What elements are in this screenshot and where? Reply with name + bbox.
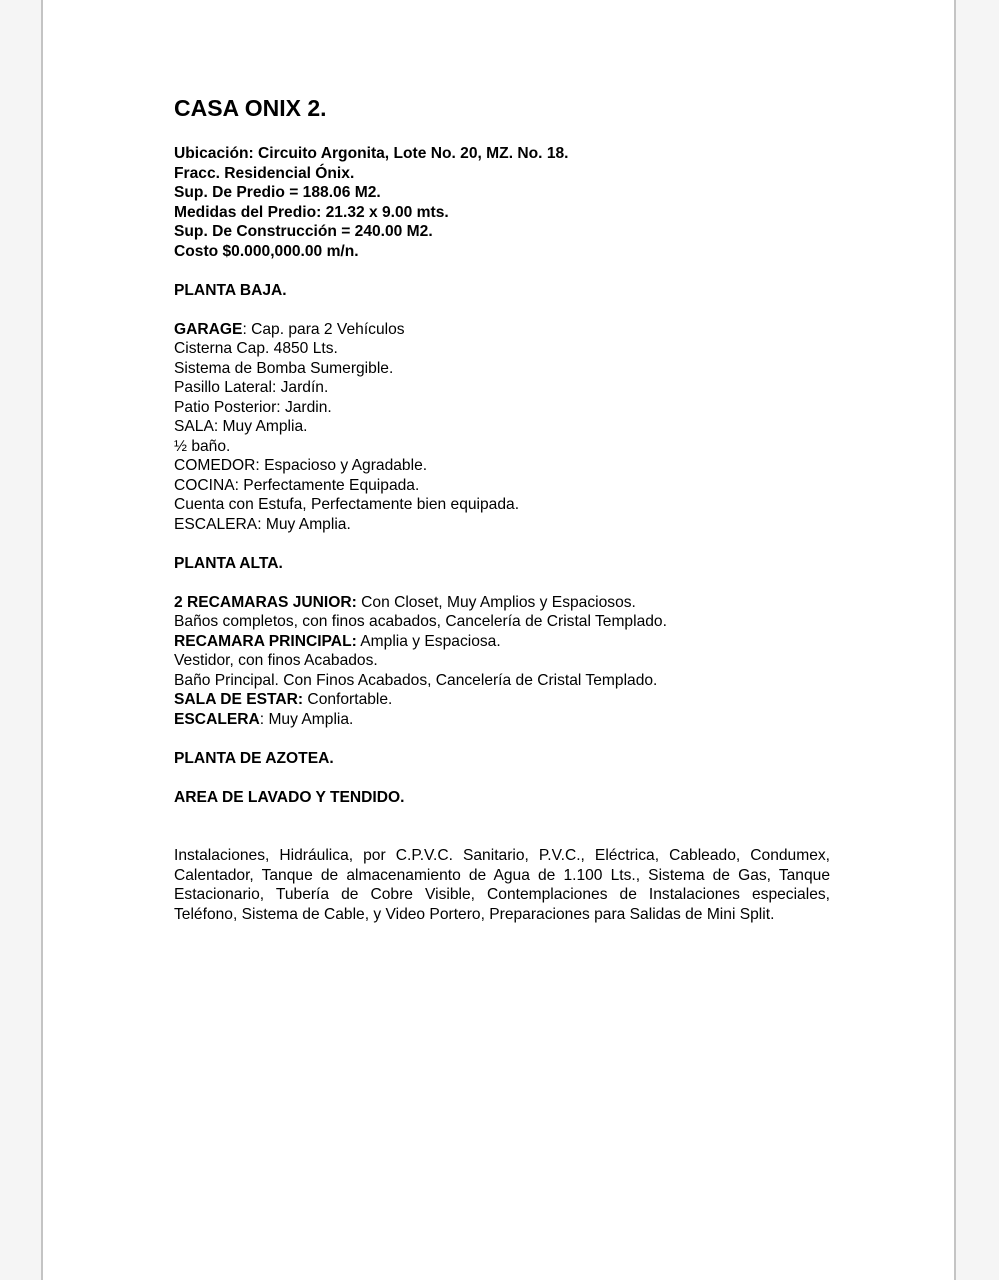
item-text: COMEDOR: Espacioso y Agradable.	[174, 457, 427, 474]
list-item: Pasillo Lateral: Jardín.	[174, 378, 830, 398]
item-label: 2 RECAMARAS JUNIOR:	[174, 594, 357, 611]
section-heading-planta-baja: PLANTA BAJA.	[174, 281, 830, 301]
list-item: ESCALERA: Muy Amplia.	[174, 710, 830, 730]
document-content: CASA ONIX 2. Ubicación: Circuito Argonit…	[174, 94, 830, 924]
list-item: Baños completos, con finos acabados, Can…	[174, 612, 830, 632]
info-location: Ubicación: Circuito Argonita, Lote No. 2…	[174, 144, 830, 164]
planta-baja-list: GARAGE: Cap. para 2 Vehículos Cisterna C…	[174, 320, 830, 535]
info-construction-area: Sup. De Construcción = 240.00 M2.	[174, 222, 830, 242]
item-text: Pasillo Lateral: Jardín.	[174, 379, 328, 396]
item-label: GARAGE	[174, 321, 242, 338]
list-item: Baño Principal. Con Finos Acabados, Canc…	[174, 671, 830, 691]
property-info: Ubicación: Circuito Argonita, Lote No. 2…	[174, 144, 830, 261]
list-item: SALA: Muy Amplia.	[174, 417, 830, 437]
item-text: SALA: Muy Amplia.	[174, 418, 307, 435]
page-title: CASA ONIX 2.	[174, 94, 830, 122]
list-item: GARAGE: Cap. para 2 Vehículos	[174, 320, 830, 340]
spacer	[174, 573, 830, 593]
item-text: Vestidor, con finos Acabados.	[174, 652, 378, 669]
item-text: Confortable.	[303, 691, 392, 708]
section-heading-planta-alta: PLANTA ALTA.	[174, 554, 830, 574]
info-lot-area: Sup. De Predio = 188.06 M2.	[174, 183, 830, 203]
planta-alta-list: 2 RECAMARAS JUNIOR: Con Closet, Muy Ampl…	[174, 593, 830, 730]
item-text: Sistema de Bomba Sumergible.	[174, 360, 393, 377]
spacer	[174, 300, 830, 320]
list-item: Patio Posterior: Jardin.	[174, 398, 830, 418]
list-item: Cuenta con Estufa, Perfectamente bien eq…	[174, 495, 830, 515]
item-text: ESCALERA: Muy Amplia.	[174, 516, 351, 533]
item-text: Amplia y Espaciosa.	[357, 633, 501, 650]
installations-paragraph: Instalaciones, Hidráulica, por C.P.V.C. …	[174, 846, 830, 924]
info-lot-dimensions: Medidas del Predio: 21.32 x 9.00 mts.	[174, 203, 830, 223]
item-text: : Cap. para 2 Vehículos	[242, 321, 404, 338]
list-item: SALA DE ESTAR: Confortable.	[174, 690, 830, 710]
info-cost: Costo $0.000,000.00 m/n.	[174, 242, 830, 262]
item-text: Patio Posterior: Jardin.	[174, 399, 332, 416]
list-item: ½ baño.	[174, 437, 830, 457]
list-item: RECAMARA PRINCIPAL: Amplia y Espaciosa.	[174, 632, 830, 652]
info-subdivision: Fracc. Residencial Ónix.	[174, 164, 830, 184]
list-item: COCINA: Perfectamente Equipada.	[174, 476, 830, 496]
section-heading-area-lavado: AREA DE LAVADO Y TENDIDO.	[174, 788, 830, 808]
item-label: RECAMARA PRINCIPAL:	[174, 633, 357, 650]
item-text: Baños completos, con finos acabados, Can…	[174, 613, 667, 630]
item-text: Cisterna Cap. 4850 Lts.	[174, 340, 338, 357]
list-item: ESCALERA: Muy Amplia.	[174, 515, 830, 535]
item-label: SALA DE ESTAR:	[174, 691, 303, 708]
item-text: Baño Principal. Con Finos Acabados, Canc…	[174, 672, 657, 689]
document-page: CASA ONIX 2. Ubicación: Circuito Argonit…	[41, 0, 956, 1280]
item-text: COCINA: Perfectamente Equipada.	[174, 477, 419, 494]
list-item: 2 RECAMARAS JUNIOR: Con Closet, Muy Ampl…	[174, 593, 830, 613]
item-text: Cuenta con Estufa, Perfectamente bien eq…	[174, 496, 519, 513]
item-text: Con Closet, Muy Amplios y Espaciosos.	[357, 594, 636, 611]
list-item: Sistema de Bomba Sumergible.	[174, 359, 830, 379]
section-heading-planta-azotea: PLANTA DE AZOTEA.	[174, 749, 830, 769]
list-item: COMEDOR: Espacioso y Agradable.	[174, 456, 830, 476]
item-text: : Muy Amplia.	[260, 711, 354, 728]
list-item: Cisterna Cap. 4850 Lts.	[174, 339, 830, 359]
list-item: Vestidor, con finos Acabados.	[174, 651, 830, 671]
item-label: ESCALERA	[174, 711, 260, 728]
item-text: ½ baño.	[174, 438, 230, 455]
